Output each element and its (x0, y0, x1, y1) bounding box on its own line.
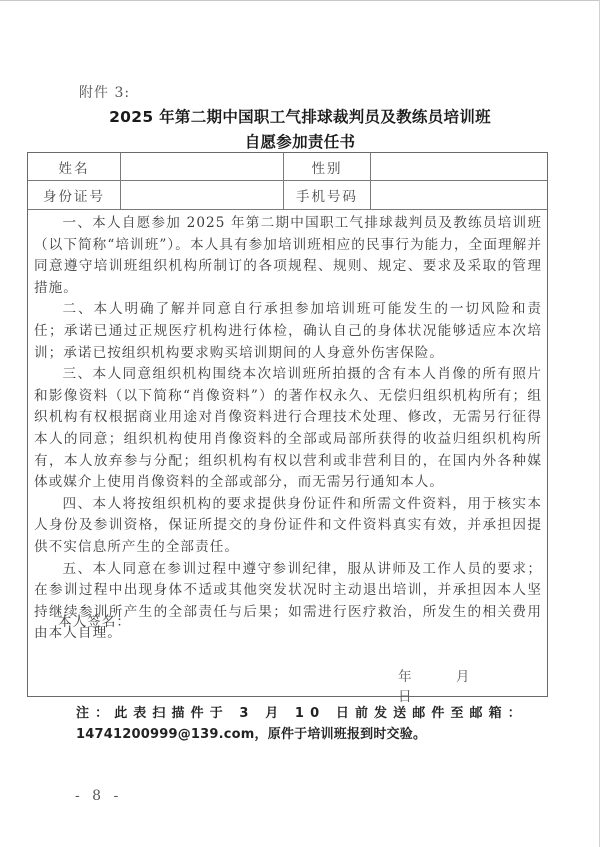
clause-2: 二、本人明确了解并同意自行承担参加培训班可能发生的一切风险和责任；承诺已通过正规… (34, 299, 542, 364)
document-title: 2025 年第二期中国职工气排球裁判员及教练员培训班 (0, 105, 600, 127)
phone-field[interactable] (371, 181, 547, 209)
signature-date[interactable]: 年 月 日 (398, 665, 547, 705)
id-number-field[interactable] (121, 181, 284, 209)
document-subtitle: 自愿参加责任书 (0, 130, 600, 152)
signature-field[interactable] (128, 603, 508, 633)
date-month-label: 月 (456, 669, 470, 685)
form-row-name-gender: 姓名 性别 (28, 153, 547, 181)
clause-4: 四、本人将按组织机构的要求提供身份证件和所需文件资料，用于核实本人身份及参训资格… (34, 494, 542, 559)
gender-field[interactable] (371, 153, 547, 180)
signature-label: 本人签名： (58, 610, 131, 630)
clause-1: 一、本人自愿参加 2025 年第二期中国职工气排球裁判员及教练员培训班（以下简称… (34, 213, 542, 299)
responsibility-form-table: 姓名 性别 身份证号 手机号码 一、本人自愿参加 2025 年第二期中国职工气排… (27, 152, 548, 697)
attachment-label: 附件 3: (79, 82, 130, 102)
clause-3: 三、本人同意组织机构围绕本次培训班所拍摄的含有本人肖像的所有照片和影像资料（以下… (34, 364, 542, 494)
form-row-id-phone: 身份证号 手机号码 (28, 181, 547, 210)
name-field[interactable] (121, 153, 284, 180)
id-number-label: 身份证号 (28, 181, 121, 209)
page-edge-top (0, 0, 600, 1)
phone-label: 手机号码 (284, 181, 371, 209)
clauses-section: 一、本人自愿参加 2025 年第二期中国职工气排球裁判员及教练员培训班（以下简称… (34, 213, 542, 645)
gender-label: 性别 (284, 153, 371, 180)
page-number: - 8 - (75, 788, 122, 804)
date-year-label: 年 (398, 669, 412, 685)
submission-note: 注：此表扫描件于 3 月 10 日前发送邮件至邮箱： (76, 702, 546, 721)
submission-note-email: 14741200999@139.com，原件于培训班报到时交验。 (76, 723, 546, 742)
name-label: 姓名 (28, 153, 121, 180)
